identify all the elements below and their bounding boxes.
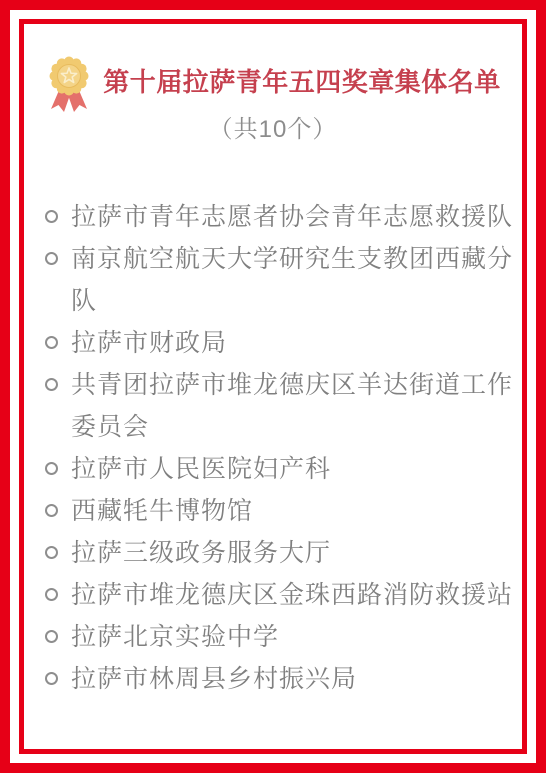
header: 第十届拉萨青年五四奖章集体名单: [24, 50, 522, 114]
list-item: 南京航空航天大学研究生支教团西藏分队: [45, 238, 520, 322]
list-item: 拉萨市堆龙德庆区金珠西路消防救援站: [45, 574, 520, 616]
circle-bullet-icon: [45, 588, 58, 601]
list-item-text: 南京航空航天大学研究生支教团西藏分队: [71, 238, 520, 322]
list-item: 拉萨市青年志愿者协会青年志愿救援队: [45, 196, 520, 238]
circle-bullet-icon: [45, 672, 58, 685]
list-item-text: 拉萨市人民医院妇产科: [71, 448, 520, 490]
list-item-text: 拉萨市堆龙德庆区金珠西路消防救援站: [71, 574, 520, 616]
circle-bullet-icon: [45, 378, 58, 391]
medal-icon: [45, 50, 93, 114]
circle-bullet-icon: [45, 504, 58, 517]
circle-bullet-icon: [45, 462, 58, 475]
circle-bullet-icon: [45, 210, 58, 223]
circle-bullet-icon: [45, 336, 58, 349]
list-item: 拉萨市林周县乡村振兴局: [45, 658, 520, 700]
award-card: 第十届拉萨青年五四奖章集体名单 （共10个） 拉萨市青年志愿者协会青年志愿救援队…: [0, 0, 546, 773]
list-item: 共青团拉萨市堆龙德庆区羊达街道工作委员会: [45, 364, 520, 448]
list-item-text: 拉萨市财政局: [71, 322, 520, 364]
list-item: 西藏牦牛博物馆: [45, 490, 520, 532]
count-subtitle: （共10个）: [24, 116, 522, 144]
list-item: 拉萨市财政局: [45, 322, 520, 364]
circle-bullet-icon: [45, 630, 58, 643]
list-item-text: 共青团拉萨市堆龙德庆区羊达街道工作委员会: [71, 364, 520, 448]
award-card-inner-border: 第十届拉萨青年五四奖章集体名单 （共10个） 拉萨市青年志愿者协会青年志愿救援队…: [19, 19, 527, 754]
list-item: 拉萨市人民医院妇产科: [45, 448, 520, 490]
list-item-text: 拉萨三级政务服务大厅: [71, 532, 520, 574]
list-item-text: 拉萨市林周县乡村振兴局: [71, 658, 520, 700]
circle-bullet-icon: [45, 546, 58, 559]
list-item-text: 拉萨市青年志愿者协会青年志愿救援队: [71, 196, 520, 238]
list-item-text: 西藏牦牛博物馆: [71, 490, 520, 532]
list-item: 拉萨北京实验中学: [45, 616, 520, 658]
list-item: 拉萨三级政务服务大厅: [45, 532, 520, 574]
circle-bullet-icon: [45, 252, 58, 265]
list-item-text: 拉萨北京实验中学: [71, 616, 520, 658]
page-title: 第十届拉萨青年五四奖章集体名单: [103, 65, 501, 99]
award-list: 拉萨市青年志愿者协会青年志愿救援队 南京航空航天大学研究生支教团西藏分队 拉萨市…: [24, 196, 522, 700]
